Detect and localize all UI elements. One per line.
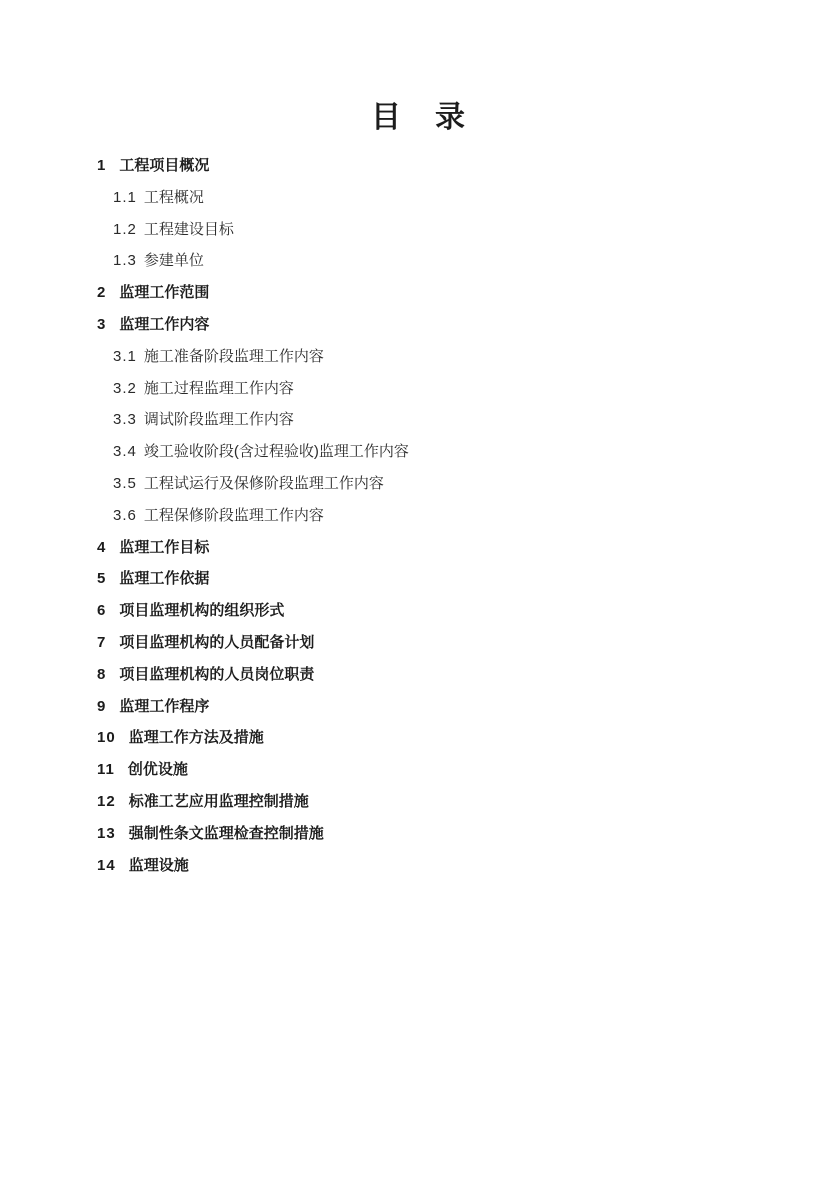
toc-entry: 3.6工程保修阶段监理工作内容 — [0, 500, 838, 532]
page-title: 目 录 — [0, 0, 838, 135]
toc-entry-label: 监理设施 — [129, 857, 189, 874]
toc-entry-number: 4 — [97, 532, 106, 564]
toc-entry-label: 监理工作程序 — [119, 698, 209, 715]
toc-entry-label: 工程项目概况 — [119, 157, 209, 174]
toc-entry-number: 10 — [97, 722, 116, 754]
toc-entry-number: 1.1 — [113, 182, 137, 214]
toc-entry-label: 工程保修阶段监理工作内容 — [144, 507, 324, 524]
toc-entry-label: 强制性条文监理检查控制措施 — [129, 825, 324, 842]
toc-entry-number: 3.5 — [113, 468, 137, 500]
toc-entry-number: 13 — [97, 818, 116, 850]
toc-entry-number: 9 — [97, 691, 106, 723]
toc-entry: 3.3调试阶段监理工作内容 — [0, 404, 838, 436]
toc-entry: 2监理工作范围 — [0, 277, 838, 309]
toc-entry: 1工程项目概况 — [0, 150, 838, 182]
toc-entry-number: 3.6 — [113, 500, 137, 532]
toc-entry: 10监理工作方法及措施 — [0, 722, 838, 754]
toc-entry-label: 工程概况 — [144, 189, 204, 206]
toc-entry-label: 参建单位 — [144, 252, 204, 269]
toc-entry-label: 监理工作方法及措施 — [129, 729, 264, 746]
toc-entry-number: 7 — [97, 627, 106, 659]
toc-entry-number: 1.3 — [113, 245, 137, 277]
toc-entry: 3.4竣工验收阶段(含过程验收)监理工作内容 — [0, 436, 838, 468]
toc-entry-label: 监理工作范围 — [119, 284, 209, 301]
toc-entry-number: 5 — [97, 563, 106, 595]
toc-entry-label: 工程建设目标 — [144, 221, 234, 238]
toc-entry: 11创优设施 — [0, 754, 838, 786]
toc-entry-number: 8 — [97, 659, 106, 691]
toc-entry-number: 3.2 — [113, 373, 137, 405]
toc-entry-label: 施工准备阶段监理工作内容 — [144, 348, 324, 365]
toc-entry-number: 3.4 — [113, 436, 137, 468]
toc-entry-number: 1 — [97, 150, 106, 182]
toc-entry-label: 施工过程监理工作内容 — [144, 380, 294, 397]
toc-entry: 3.1施工准备阶段监理工作内容 — [0, 341, 838, 373]
toc-entry: 12标准工艺应用监理控制措施 — [0, 786, 838, 818]
toc-entry-label: 项目监理机构的组织形式 — [119, 602, 284, 619]
toc-entry-number: 14 — [97, 850, 116, 882]
toc-entry: 13强制性条文监理检查控制措施 — [0, 818, 838, 850]
toc-entry-label: 创优设施 — [128, 761, 188, 778]
toc-entry: 8项目监理机构的人员岗位职责 — [0, 659, 838, 691]
toc-entry-number: 3.3 — [113, 404, 137, 436]
toc-entry-number: 3 — [97, 309, 106, 341]
toc-entry-label: 监理工作目标 — [119, 539, 209, 556]
toc-entry: 3.5工程试运行及保修阶段监理工作内容 — [0, 468, 838, 500]
toc-entry-label: 监理工作内容 — [119, 316, 209, 333]
toc-entry: 1.3参建单位 — [0, 245, 838, 277]
toc-entry-label: 标准工艺应用监理控制措施 — [129, 793, 309, 810]
document-page: 目 录 1工程项目概况 1.1工程概况 1.2工程建设目标 1.3参建单位 2监… — [0, 0, 838, 1186]
toc-entry: 9监理工作程序 — [0, 691, 838, 723]
toc-entry: 1.2工程建设目标 — [0, 214, 838, 246]
toc-entry-number: 2 — [97, 277, 106, 309]
toc-entry: 3.2施工过程监理工作内容 — [0, 373, 838, 405]
toc-entry-number: 3.1 — [113, 341, 137, 373]
toc-entry-number: 6 — [97, 595, 106, 627]
toc-entry: 14监理设施 — [0, 850, 838, 882]
toc-entry-number: 1.2 — [113, 214, 137, 246]
toc-entry: 1.1工程概况 — [0, 182, 838, 214]
toc-entry-label: 竣工验收阶段(含过程验收)监理工作内容 — [144, 443, 409, 460]
toc-entry-label: 监理工作依据 — [119, 570, 209, 587]
toc-entry-label: 工程试运行及保修阶段监理工作内容 — [144, 475, 384, 492]
toc-entry-label: 项目监理机构的人员岗位职责 — [119, 666, 314, 683]
toc-entry-label: 调试阶段监理工作内容 — [144, 411, 294, 428]
toc-entry: 5监理工作依据 — [0, 563, 838, 595]
toc-entry: 6项目监理机构的组织形式 — [0, 595, 838, 627]
toc-entry-number: 11 — [97, 754, 115, 786]
table-of-contents: 1工程项目概况 1.1工程概况 1.2工程建设目标 1.3参建单位 2监理工作范… — [0, 150, 838, 881]
toc-entry-label: 项目监理机构的人员配备计划 — [119, 634, 314, 651]
toc-entry: 4监理工作目标 — [0, 532, 838, 564]
toc-entry-number: 12 — [97, 786, 116, 818]
toc-entry: 7项目监理机构的人员配备计划 — [0, 627, 838, 659]
toc-entry: 3监理工作内容 — [0, 309, 838, 341]
